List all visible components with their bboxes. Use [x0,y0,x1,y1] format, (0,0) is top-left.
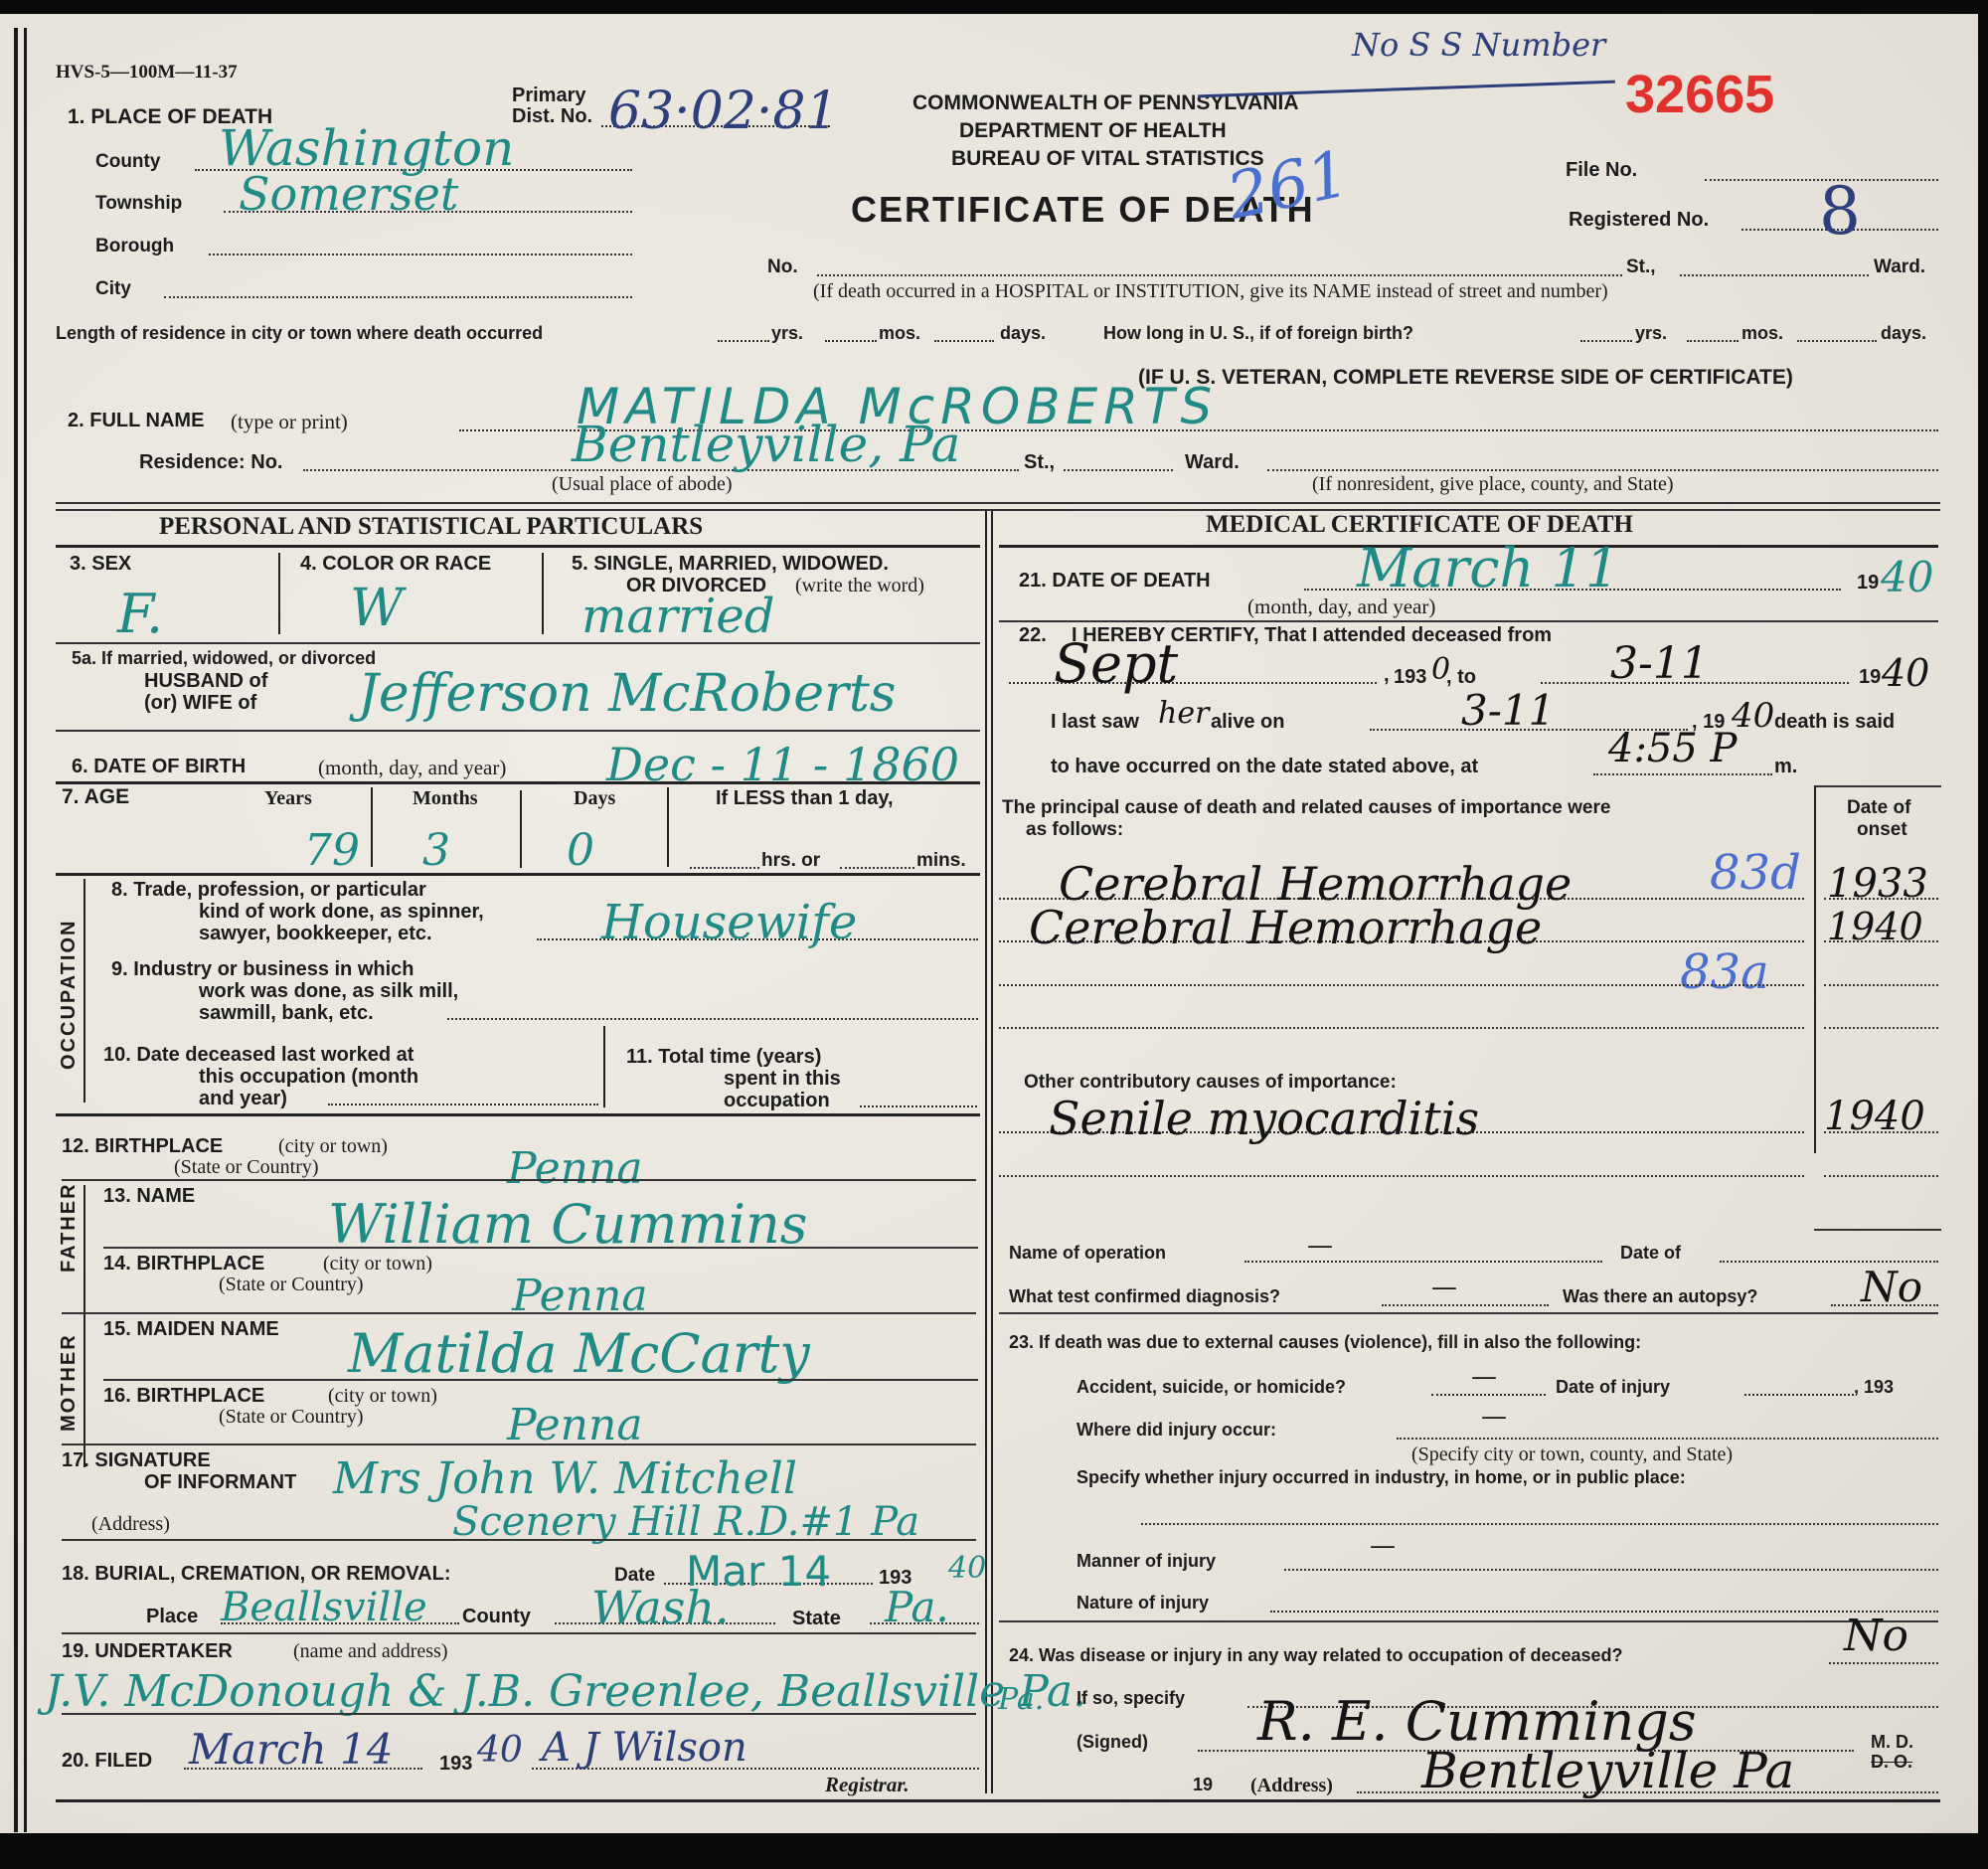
attended-to-value: 3-11 [1610,638,1709,689]
street-no-label: No. [767,256,798,278]
attended-to-year: 19 [1859,666,1881,689]
total-time-label-2: spent in this [724,1068,841,1091]
mins-label: mins. [916,850,966,872]
specify-place-label: Specify whether injury occurred in indus… [1077,1467,1686,1488]
mother-birthplace-sub-1: (city or town) [328,1385,437,1408]
days-label-age: Days [574,787,615,810]
birthplace-value: Penna [507,1143,643,1194]
cause-2-onset: 1940 [1827,905,1923,948]
where-injury-sub: (Specify city or town, county, and State… [1411,1444,1733,1466]
informant-label: 17. SIGNATURE [62,1449,211,1472]
m-label: m. [1774,756,1797,778]
cause-label: The principal cause of death and related… [1002,797,1610,819]
medical-section-heading: MEDICAL CERTIFICATE OF DEATH [1206,511,1633,539]
burial-label: 18. BURIAL, CREMATION, OR REMOVAL: [62,1563,450,1586]
manner-label: Manner of injury [1077,1551,1216,1572]
dod-sub: (month, day, and year) [1247,595,1435,619]
date-of-death-value: March 11 [1357,537,1619,599]
days-label: days. [1000,323,1046,344]
age-label: 7. AGE [62,785,129,809]
external-causes-label: 23. If death was due to external causes … [1009,1332,1641,1353]
physician-address-value: Bentleyville Pa [1421,1742,1794,1799]
onset-label: Date of [1847,797,1910,819]
primary-label: Primary [512,85,586,107]
industry-label-2: work was done, as silk mill, [199,980,458,1003]
foreign-yrs-label: yrs. [1635,323,1667,344]
contributory-label: Other contributory causes of importance: [1024,1072,1397,1094]
husband-of-label: HUSBAND of [144,670,267,693]
age-years-value: 79 [304,825,360,876]
full-name-sub: (type or print) [231,410,348,434]
city-label: City [95,278,131,300]
marital-label-sub: (write the word) [795,575,924,597]
burial-place-label: Place [146,1606,198,1628]
full-name-label: 2. FULL NAME [68,410,204,432]
total-time-label-3: occupation [724,1090,830,1112]
cause-2-value: Cerebral Hemorrhage [1029,901,1542,954]
trade-label-2: kind of work done, as spinner, [199,901,484,924]
certify-number: 22. [1019,624,1047,647]
physician-address-label: (Address) [1250,1775,1333,1797]
primary-dist-no-value: 63·02·81 [608,82,839,141]
race-value: W [350,579,403,638]
do-label: D. O. [1871,1752,1912,1773]
accident-label: Accident, suicide, or homicide? [1077,1377,1346,1398]
residence-value: Bentleyville, Pa [572,416,960,473]
nature-field[interactable] [1270,1611,1938,1613]
contributory-onset: 1940 [1824,1094,1925,1139]
last-worked-label-2: this occupation (month [199,1066,418,1089]
nonresident-note: (If nonresident, give place, county, and… [1312,473,1674,496]
mother-side-label: MOTHER [58,1333,81,1432]
father-birthplace-sub-2: (State or Country) [219,1274,364,1296]
dist-no-label: Dist. No. [512,105,592,128]
months-label: Months [413,787,478,810]
alive-on-label: alive on [1211,711,1284,734]
burial-state-value: Pa. [885,1583,949,1631]
undertaker-label-sub: (name and address) [293,1640,448,1663]
last-saw-pronoun: her [1158,696,1209,731]
trade-value: Housewife [601,895,857,950]
less-than-day-label: If LESS than 1 day, [716,787,894,810]
birthplace-sub-1: (city or town) [278,1135,388,1158]
operation-date-label: Date of [1620,1243,1681,1264]
mother-name-value: Matilda McCarty [348,1322,810,1385]
cause-2-code: 83a [1680,944,1769,1000]
time-of-death-value: 4:55 P [1608,726,1737,771]
sex-value: F. [117,583,163,645]
mother-birthplace-sub-2: (State or Country) [219,1406,364,1429]
spouse-label: 5a. If married, widowed, or divorced [72,648,376,669]
left-border-line [24,28,27,1832]
test-label: What test confirmed diagnosis? [1009,1286,1280,1307]
total-time-field[interactable] [860,1105,977,1107]
signed-label: (Signed) [1077,1732,1148,1753]
operation-value: — [1307,1231,1333,1261]
foreign-mos-label: mos. [1741,323,1783,344]
attended-to-year-suffix: 40 [1882,651,1929,695]
registered-no-label: Registered No. [1569,209,1709,232]
occupation-side-label: OCCUPATION [58,920,81,1070]
form-code: HVS-5—100M—11-37 [56,62,238,84]
death-said-label: death is said [1774,711,1895,734]
informant-address-label: (Address) [91,1513,170,1536]
burial-place-value: Beallsville [221,1585,427,1630]
abode-note: (Usual place of abode) [552,473,733,496]
last-saw-year-suffix: 40 [1732,696,1774,736]
registrar-signature: A J Wilson [542,1725,747,1771]
filed-year-suffix: 40 [477,1730,523,1771]
certificate-stamp-number: 32665 [1625,64,1774,125]
father-birthplace-label: 14. BIRTHPLACE [103,1253,264,1275]
age-days-value: 0 [567,825,594,876]
burial-county-value: Wash. [591,1581,730,1634]
total-time-label: 11. Total time (years) [626,1046,821,1069]
bureau-header: BUREAU OF VITAL STATISTICS [951,147,1264,171]
personal-section-heading: PERSONAL AND STATISTICAL PARTICULARS [159,513,703,541]
borough-label: Borough [95,236,174,257]
attended-from-value: Sept [1054,632,1178,695]
street-label: St., [1626,256,1656,278]
birthplace-label: 12. BIRTHPLACE [62,1135,223,1158]
marital-label: 5. SINGLE, MARRIED, WIDOWED. [572,553,889,576]
filed-label: 20. FILED [62,1750,152,1773]
where-injury-label: Where did injury occur: [1077,1420,1276,1441]
burial-state-label: State [792,1608,841,1630]
last-worked-label-3: and year) [199,1088,287,1110]
county-label: County [95,151,160,173]
attended-from-year: 193 [1394,666,1426,689]
undertaker-label: 19. UNDERTAKER [62,1640,233,1663]
father-birthplace-sub-1: (city or town) [323,1253,432,1275]
trade-label: 8. Trade, profession, or particular [111,879,426,902]
city-field[interactable] [164,296,632,298]
last-saw-label: I last saw [1051,711,1139,734]
age-months-value: 3 [422,825,450,876]
center-divider [985,511,987,1793]
marital-value: married [581,589,775,644]
sex-label: 3. SEX [70,553,131,576]
yrs-label: yrs. [771,323,803,344]
wife-of-label: (or) WIFE of [144,692,256,715]
ward-label: Ward. [1874,256,1925,278]
last-worked-label: 10. Date deceased last worked at [103,1044,414,1067]
residence-length-label: Length of residence in city or town wher… [56,323,543,344]
residence-ward-label: Ward. [1185,451,1240,474]
signed-year-label: 19 [1193,1775,1213,1795]
foreign-birth-label: How long in U. S., if of foreign birth? [1103,323,1413,344]
burial-county-label: County [462,1606,531,1628]
informant-label-2: OF INFORMANT [144,1471,296,1494]
father-name-label: 13. NAME [103,1185,195,1208]
where-injury-value: — [1481,1402,1507,1432]
last-worked-field[interactable] [328,1104,598,1105]
filed-date-value: March 14 [189,1725,394,1774]
filed-year-prefix: 193 [439,1753,472,1776]
spouse-value: Jefferson McRoberts [358,664,896,724]
left-border-line [14,28,18,1832]
test-value: — [1431,1273,1457,1302]
occupation-related-value: No [1844,1611,1908,1661]
birthplace-sub-2: (State or Country) [174,1156,319,1179]
township-label: Township [95,193,182,215]
if-so-label: If so, specify [1077,1688,1185,1709]
file-no-label: File No. [1566,159,1637,182]
dod-year-prefix: 19 [1857,572,1879,595]
nature-label: Nature of injury [1077,1593,1209,1614]
autopsy-label: Was there an autopsy? [1563,1286,1757,1307]
contributory-value: Senile myocarditis [1049,1092,1479,1145]
dob-label: 6. DATE OF BIRTH [72,756,246,778]
occupation-related-label: 24. Was disease or injury in any way rel… [1009,1645,1623,1666]
specify-place-field[interactable] [1141,1523,1938,1525]
mos-label: mos. [879,323,920,344]
date-of-death-label: 21. DATE OF DEATH [1019,570,1211,593]
industry-label-3: sawmill, bank, etc. [199,1002,374,1025]
township-value: Somerset [239,167,458,221]
veteran-note: (IF U. S. VETERAN, COMPLETE REVERSE SIDE… [1138,366,1793,390]
attended-from-comma: , [1384,664,1390,687]
cause-1-onset: 1933 [1827,861,1928,907]
hospital-note: (If death occurred in a HOSPITAL or INST… [813,280,1608,303]
burial-year-suffix: 40 [948,1551,986,1586]
registrar-label: Registrar. [825,1773,910,1797]
foreign-days-label: days. [1881,323,1926,344]
race-label: 4. COLOR OR RACE [300,553,491,576]
undertaker-value: J.V. McDonough & J.B. Greenlee, Beallsvi… [45,1666,1086,1717]
residence-st-label: St., [1024,451,1055,474]
manner-value: — [1370,1531,1396,1561]
operation-label: Name of operation [1009,1243,1166,1264]
occurred-label: to have occurred on the date stated abov… [1051,756,1478,778]
industry-label: 9. Industry or business in which [111,958,414,981]
industry-field[interactable] [447,1018,978,1020]
years-label: Years [264,787,312,810]
ss-number-annotation: No S S Number [1352,26,1605,64]
mother-name-label: 15. MAIDEN NAME [103,1318,279,1341]
hrs-label: hrs. or [761,850,820,872]
father-side-label: FATHER [58,1182,81,1273]
registered-no-value: 8 [1819,173,1861,250]
borough-field[interactable] [209,254,632,255]
informant-value: Mrs John W. Mitchell [333,1453,797,1504]
accident-value: — [1471,1362,1497,1392]
mother-birthplace-label: 16. BIRTHPLACE [103,1385,264,1408]
dob-sub: (month, day, and year) [318,756,506,780]
last-saw-value: 3-11 [1461,686,1555,735]
department-header: DEPARTMENT OF HEALTH [959,119,1227,143]
residence-label: Residence: No. [139,451,282,474]
onset-label-2: onset [1857,819,1907,841]
dod-year-suffix: 40 [1881,553,1933,601]
cause-1-code: 83d [1710,845,1801,901]
md-label: M. D. [1871,1732,1913,1753]
injury-year-label: , 193 [1854,1377,1894,1398]
trade-label-3: sawyer, bookkeeper, etc. [199,923,432,945]
autopsy-value: No [1861,1263,1922,1311]
injury-date-label: Date of injury [1556,1377,1670,1398]
pa-annotation: Pa. [998,1682,1044,1717]
cause-label-2: as follows: [1026,819,1123,841]
